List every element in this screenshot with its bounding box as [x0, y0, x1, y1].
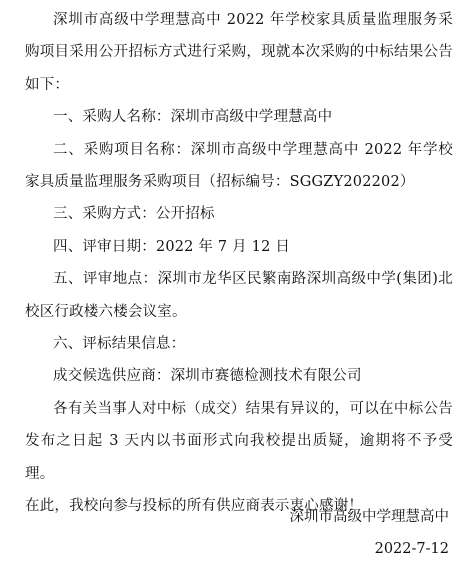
winning-supplier: 成交候选供应商：深圳市赛德检测技术有限公司	[25, 360, 453, 392]
item-method: 三、采购方式：公开招标	[25, 198, 453, 230]
item-review-location: 五、评审地点：深圳市龙华区民繁南路深圳高级中学(集团)北校区行政楼六楼会议室。	[25, 263, 453, 328]
item-project-name: 二、采购项目名称：深圳市高级中学理慧高中 2022 年学校家具质量监理服务采购项…	[25, 134, 453, 199]
signature-date: 2022-7-12	[375, 541, 449, 557]
item-result-info: 六、评标结果信息：	[25, 328, 453, 360]
signature-org: 深圳市高级中学理慧高中	[290, 505, 450, 526]
item-purchaser: 一、采购人名称：深圳市高级中学理慧高中	[25, 101, 453, 133]
item-review-date: 四、评审日期：2022 年 7 月 12 日	[25, 231, 453, 263]
announcement-body: 深圳市高级中学理慧高中 2022 年学校家具质量监理服务采购项目采用公开招标方式…	[25, 4, 453, 523]
objection-notice: 各有关当事人对中标（成交）结果有异议的，可以在中标公告发布之日起 3 天内以书面…	[25, 393, 453, 490]
intro-paragraph: 深圳市高级中学理慧高中 2022 年学校家具质量监理服务采购项目采用公开招标方式…	[25, 4, 453, 101]
